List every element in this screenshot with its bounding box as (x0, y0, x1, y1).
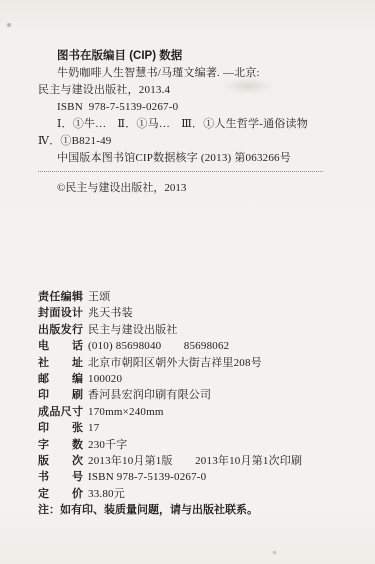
colophon-value: 33.80元 (88, 486, 125, 502)
colophon-label: 成品尺寸 (38, 404, 83, 420)
colophon-value: 230千字 (88, 437, 128, 453)
colophon-row-sheets: 印张 17 (38, 420, 361, 436)
colophon-value: ISBN 978-7-5139-0267-0 (88, 469, 206, 485)
colophon-label: 邮编 (38, 371, 83, 387)
dotted-divider (38, 171, 323, 172)
colophon-row-edition: 版次 2013年10月第1版 2013年10月第1次印刷 (38, 453, 361, 469)
colophon-value: 王颂 (88, 289, 110, 305)
quality-note: 注：如有印、装质量问题，请与出版社联系。 (38, 502, 361, 518)
colophon-value: 2013年10月第1版 2013年10月第1次印刷 (88, 453, 302, 469)
colophon-value: 香河县宏润印刷有限公司 (88, 387, 211, 403)
colophon-value: 170mm×240mm (88, 404, 164, 420)
cip-classification-line-2: Ⅳ．①B821-49 (38, 133, 355, 150)
colophon-value: 兆天书装 (88, 305, 133, 321)
scan-speck (7, 23, 11, 27)
cip-heading: 图书在版编目 (CIP) 数据 (38, 48, 355, 65)
colophon-label: 版次 (38, 453, 83, 469)
colophon-row-price: 定价 33.80元 (38, 486, 361, 502)
colophon-label: 社址 (38, 355, 83, 371)
cip-registry-number-line: 中国版本图书馆CIP数据核字 (2013) 第063266号 (38, 150, 355, 167)
colophon-row-trim-size: 成品尺寸 170mm×240mm (38, 404, 361, 420)
colophon-label: 定价 (38, 486, 83, 502)
colophon-value: (010) 85698040 85698062 (88, 338, 229, 354)
colophon-row-publisher: 出版发行 民主与建设出版社 (38, 322, 361, 338)
copyright-notice: ©民主与建设出版社，2013 (57, 180, 186, 197)
colophon-value: 北京市朝阳区朝外大街吉祥里208号 (88, 355, 262, 371)
colophon-row-phone: 电话 (010) 85698040 85698062 (38, 338, 361, 354)
colophon-label: 电话 (38, 338, 83, 354)
colophon-row-printer: 印刷 香河县宏润印刷有限公司 (38, 387, 361, 403)
colophon-label: 印张 (38, 420, 83, 436)
cip-publisher-line: 民主与建设出版社，2013.4 (38, 82, 355, 99)
colophon-value: 17 (88, 420, 99, 436)
colophon-label: 印刷 (38, 387, 83, 403)
scan-speck (273, 551, 276, 554)
cip-title-author-line: 牛奶咖啡人生智慧书/马瑾文编著. —北京: (38, 65, 355, 82)
colophon-label: 责任编辑 (38, 289, 83, 305)
colophon-row-isbn: 书号 ISBN 978-7-5139-0267-0 (38, 469, 361, 485)
colophon-label: 书号 (38, 469, 83, 485)
book-copyright-page: 图书在版编目 (CIP) 数据 牛奶咖啡人生智慧书/马瑾文编著. —北京: 民主… (0, 0, 375, 564)
cip-data-block: 图书在版编目 (CIP) 数据 牛奶咖啡人生智慧书/马瑾文编著. —北京: 民主… (38, 48, 355, 167)
colophon-row-cover-design: 封面设计 兆天书装 (38, 305, 361, 321)
colophon-label: 出版发行 (38, 322, 83, 338)
colophon-label: 封面设计 (38, 305, 83, 321)
colophon-row-word-count: 字数 230千字 (38, 437, 361, 453)
colophon-value: 100020 (88, 371, 122, 387)
colophon-block: 责任编辑 王颂 封面设计 兆天书装 出版发行 民主与建设出版社 电话 (010)… (38, 289, 361, 518)
colophon-value: 民主与建设出版社 (88, 322, 178, 338)
colophon-row-postcode: 邮编 100020 (38, 371, 361, 387)
colophon-row-editor: 责任编辑 王颂 (38, 289, 361, 305)
cip-classification-line-1: Ⅰ．①牛… Ⅱ．①马… Ⅲ．①人生哲学-通俗读物 (38, 116, 355, 133)
colophon-row-address: 社址 北京市朝阳区朝外大街吉祥里208号 (38, 355, 361, 371)
cip-isbn-line: ISBN 978-7-5139-0267-0 (38, 99, 355, 116)
colophon-label: 字数 (38, 437, 83, 453)
